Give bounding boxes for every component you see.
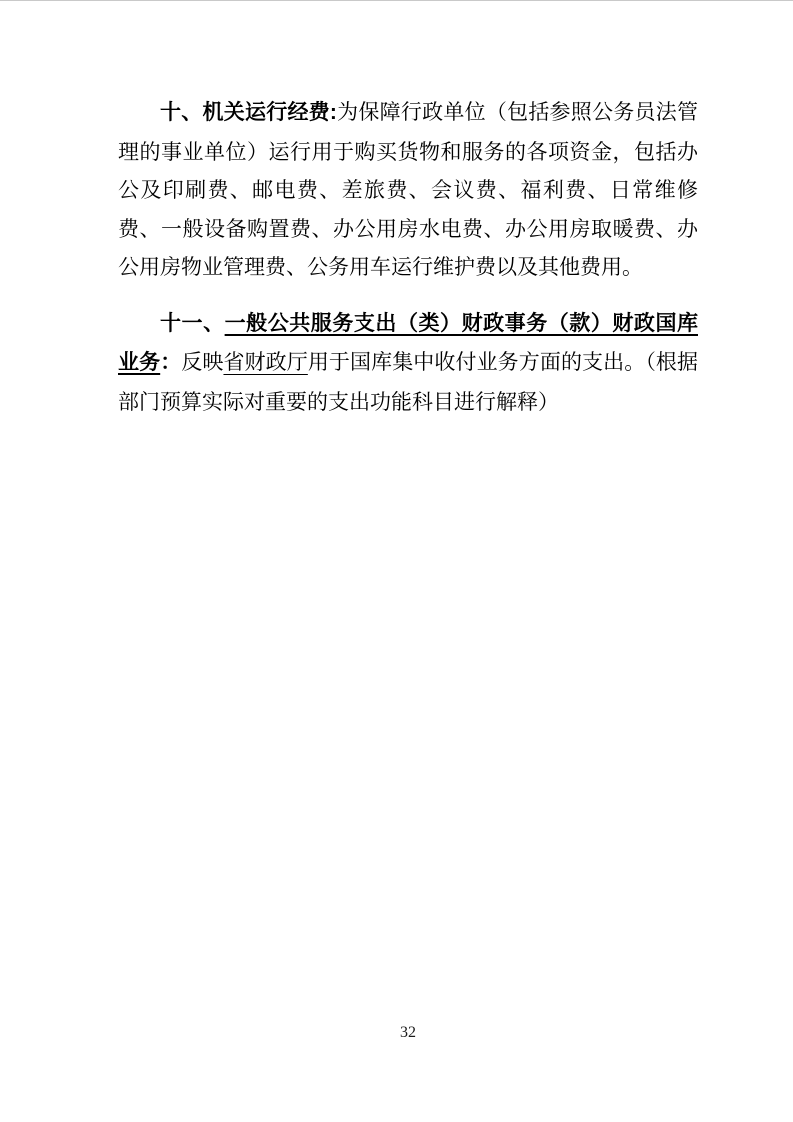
page-top-edge xyxy=(0,0,793,1)
text-run-bold: ： xyxy=(160,351,181,374)
text-run-bold: 十一、 xyxy=(160,312,225,335)
document-page: 十、机关运行经费:为保障行政单位（包括参照公务员法管理的事业单位）运行用于购买货… xyxy=(0,0,793,1122)
text-run: 为保障行政单位（包括参照公务员法管理的事业单位）运行用于购买货物和服务的各项资金… xyxy=(118,100,698,279)
page-number: 32 xyxy=(118,1024,698,1042)
paragraph-section-11: 十一、一般公共服务支出（类）财政事务（款）财政国库业务：反映省财政厅用于国库集中… xyxy=(118,304,698,422)
text-run-bold: 十、机关运行经费: xyxy=(160,101,337,124)
text-run: 反映 xyxy=(181,350,223,374)
paragraph-section-10: 十、机关运行经费:为保障行政单位（包括参照公务员法管理的事业单位）运行用于购买货… xyxy=(118,93,698,287)
text-run-underline: 省财政厅 xyxy=(223,350,307,374)
document-body: 十、机关运行经费:为保障行政单位（包括参照公务员法管理的事业单位）运行用于购买货… xyxy=(118,93,698,421)
